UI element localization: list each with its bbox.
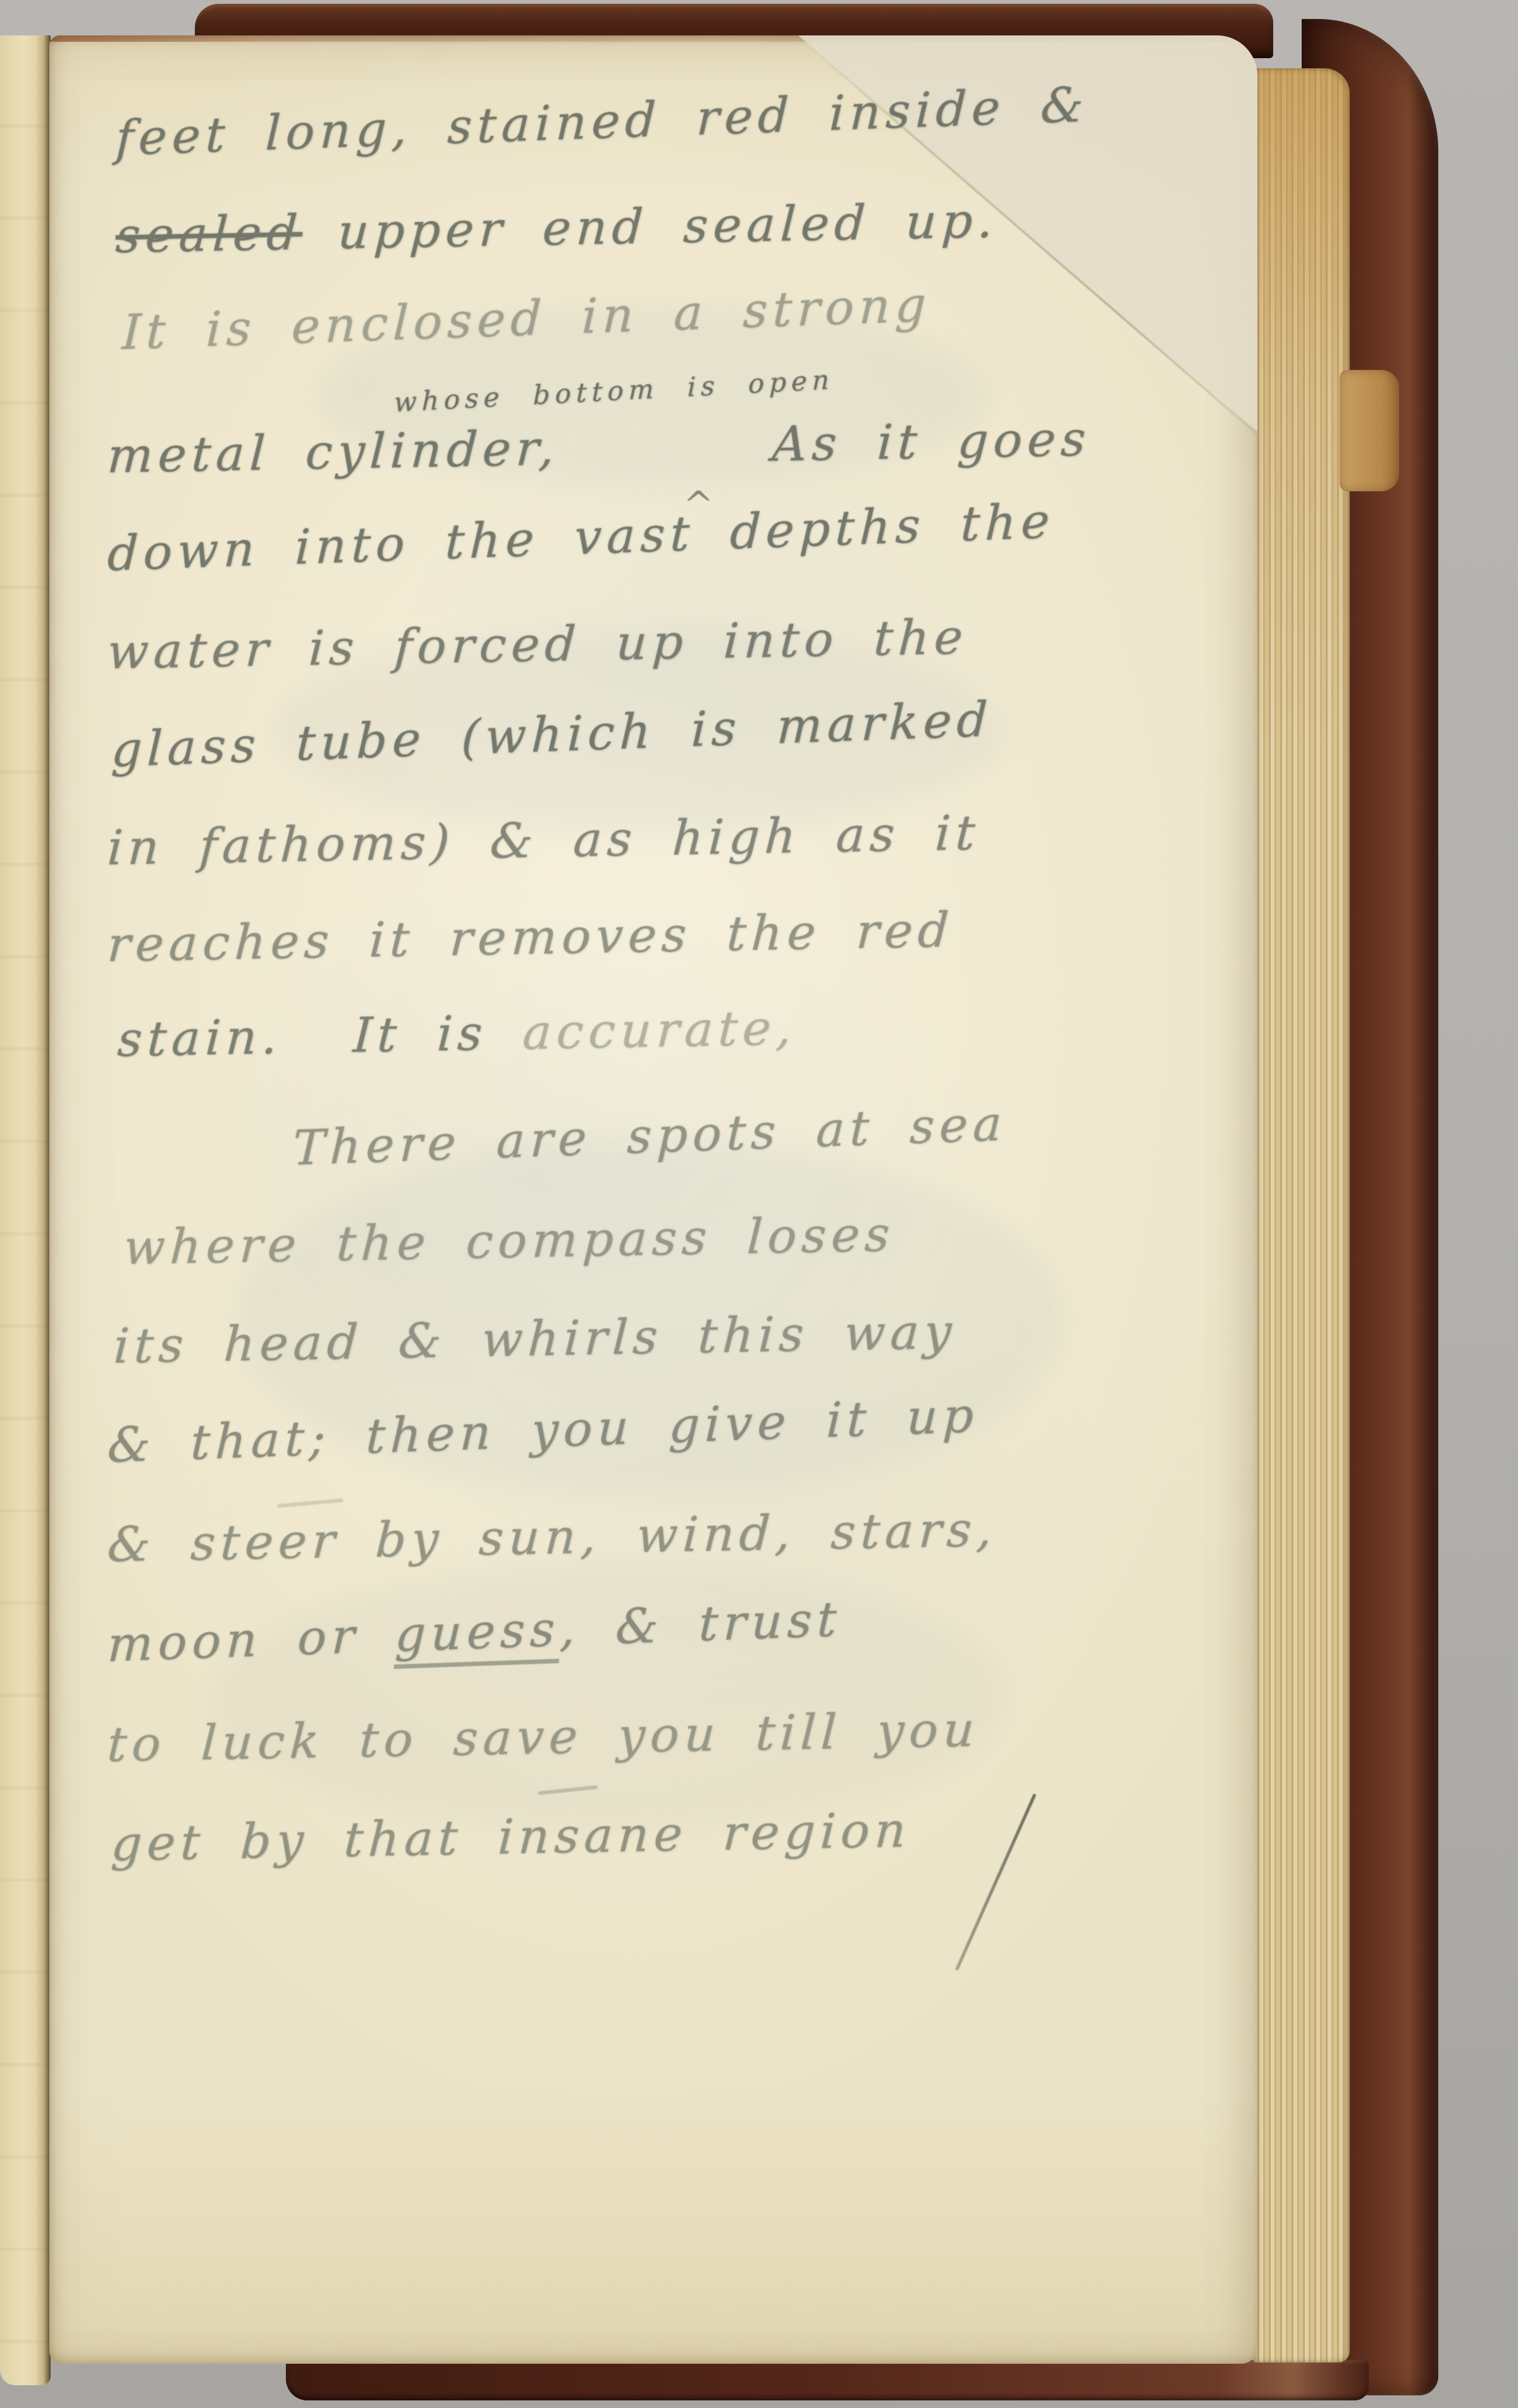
manuscript-line: whose bottom is open — [394, 364, 835, 418]
manuscript-text: feet long, stained red inside &sealed up… — [49, 35, 1257, 2364]
manuscript-word-segment: & that; then you give it up — [106, 1387, 979, 1473]
manuscript-word-segment: , & trust — [559, 1590, 842, 1657]
manuscript-line: where the compass loses — [123, 1206, 896, 1275]
pencil-dash-mark — [538, 1785, 598, 1795]
manuscript-word-segment: sealed — [114, 204, 304, 264]
manuscript-line: stain. It is accurate, — [116, 999, 798, 1067]
manuscript-line: & steer by sun, wind, stars, — [106, 1501, 999, 1573]
manuscript-line: & that; then you give it up — [106, 1387, 979, 1473]
manuscript-word-segment: in fathoms) & as high as it — [106, 804, 982, 876]
manuscript-line: feet long, stained red inside & — [114, 76, 1089, 166]
manuscript-line: its head & whirls this way — [113, 1303, 958, 1374]
manuscript-line: get by that insane region — [110, 1802, 913, 1872]
book-cover-bottom-edge — [286, 2360, 1369, 2400]
manuscript-word-segment: where the compass loses — [123, 1206, 896, 1275]
manuscript-word-segment: accurate, — [521, 999, 798, 1060]
manuscript-word-segment: As it goes — [558, 410, 1092, 476]
manuscript-line: moon or guess, & trust — [106, 1590, 842, 1673]
fore-edge-pages — [1254, 68, 1350, 2362]
notebook-photo: feet long, stained red inside &sealed up… — [0, 0, 1518, 2408]
manuscript-word-segment: moon or — [106, 1606, 396, 1673]
manuscript-line: sealed upper end sealed up. — [114, 192, 999, 264]
manuscript-line: to luck to save you till you — [106, 1701, 981, 1772]
notebook-page: feet long, stained red inside &sealed up… — [49, 35, 1257, 2364]
manuscript-line: glass tube (which is marked — [110, 691, 993, 778]
manuscript-line: in fathoms) & as high as it — [106, 804, 982, 876]
left-pages-edge — [0, 35, 51, 2385]
manuscript-word-segment: to luck to save you till you — [106, 1701, 981, 1772]
manuscript-line: reaches it removes the red — [106, 902, 956, 973]
pencil-slash-mark — [955, 1793, 1037, 1971]
manuscript-word-segment: whose bottom is open — [394, 364, 835, 418]
manuscript-word-segment: & steer by sun, wind, stars, — [106, 1501, 999, 1573]
manuscript-line: water is forced up into the — [106, 608, 970, 680]
manuscript-word-segment: There are spots at sea — [292, 1095, 1008, 1177]
manuscript-line: It is enclosed in a strong — [121, 276, 932, 360]
manuscript-word-segment: get by that insane region — [110, 1802, 913, 1872]
manuscript-word-segment: It is enclosed in a strong — [121, 276, 932, 360]
insertion-caret-icon: ^ — [683, 483, 714, 526]
manuscript-line: metal cylinder, As it goes — [106, 410, 1092, 484]
manuscript-line: down into the vast depths the — [106, 493, 1055, 582]
manuscript-word-segment: its head & whirls this way — [113, 1303, 958, 1374]
manuscript-word-segment: guess — [394, 1600, 561, 1669]
fore-edge-notch — [1340, 370, 1399, 491]
manuscript-word-segment: feet long, stained red inside & — [114, 76, 1089, 166]
manuscript-word-segment: stain. It is — [116, 1004, 524, 1067]
manuscript-word-segment: reaches it removes the red — [106, 902, 956, 973]
manuscript-word-segment: water is forced up into the — [106, 608, 970, 680]
manuscript-word-segment: upper end sealed up. — [301, 192, 999, 261]
manuscript-word-segment: metal cylinder, — [106, 419, 561, 484]
manuscript-word-segment: down into the vast depths the — [106, 493, 1055, 582]
pencil-dash-mark — [277, 1498, 343, 1508]
manuscript-line: There are spots at sea — [292, 1095, 1008, 1177]
manuscript-word-segment: glass tube (which is marked — [110, 691, 993, 778]
